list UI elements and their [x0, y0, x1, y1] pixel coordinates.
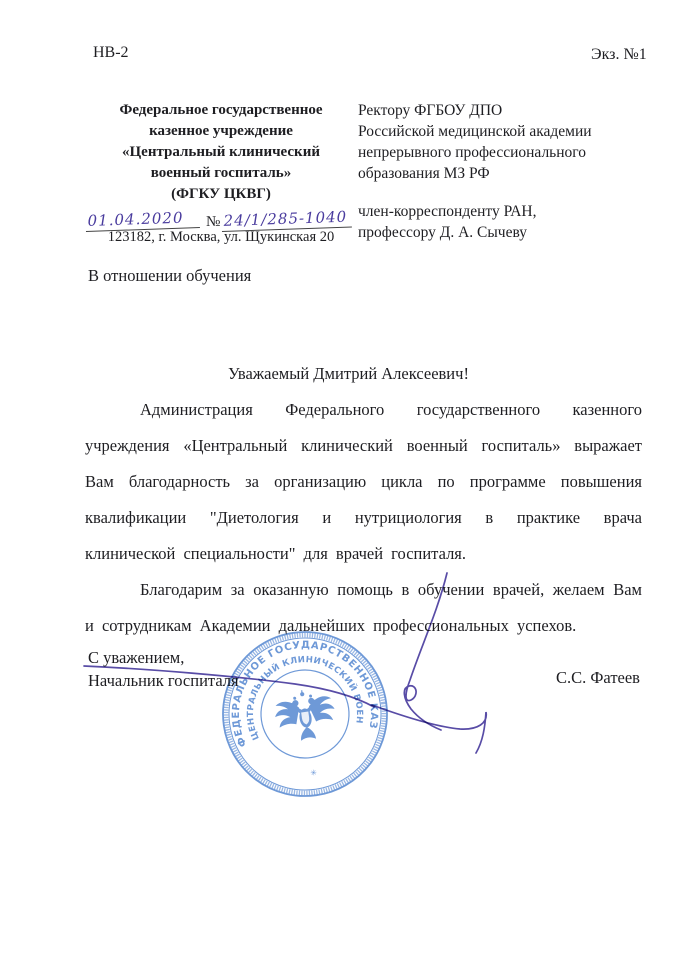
- letterhead-line: военный госпиталь»: [83, 163, 359, 184]
- copy-number-label: Экз. №1: [591, 46, 647, 64]
- document-code: НВ-2: [93, 44, 129, 62]
- recipient-line: образования МЗ РФ: [358, 163, 658, 184]
- closing-phrase: С уважением,: [88, 646, 239, 669]
- double-headed-eagle-icon: [272, 686, 338, 744]
- recipient-block: Ректору ФГБОУ ДПО Российской медицинской…: [358, 100, 658, 243]
- stamp-bottom-star: ✳: [310, 768, 318, 778]
- recipient-line: Российской медицинской академии: [358, 121, 658, 142]
- sender-letterhead: Федеральное государственное казенное учр…: [83, 100, 359, 205]
- body-paragraph-2: Благодарим за оказанную помощь в обучени…: [85, 572, 642, 644]
- official-round-stamp: ФЕДЕРАЛЬНОЕ ГОСУДАРСТВЕННОЕ КАЗЕННОЕ УЧР…: [212, 621, 397, 806]
- stamp-outer-ring-text: ФЕДЕРАЛЬНОЕ ГОСУДАРСТВЕННОЕ КАЗЕННОЕ УЧР…: [221, 630, 382, 749]
- stamp-inner-ring-text: ЦЕНТРАЛЬНЫЙ КЛИНИЧЕСКИЙ ВОЕННЫЙ ГОСПИТАЛ…: [238, 647, 366, 741]
- recipient-title-line: член-корреспонденту РАН,: [358, 201, 658, 222]
- letterhead-line: казенное учреждение: [83, 121, 359, 142]
- stamp-outer-circle: [212, 621, 397, 806]
- scanned-letter-page: НВ-2 Экз. №1 Федеральное государственное…: [0, 0, 700, 975]
- signer-name: С.С. Фатеев: [556, 668, 640, 688]
- stamp-microtext-band: [216, 625, 394, 803]
- signature-flourish-stroke: [372, 705, 486, 753]
- letterhead-line: Федеральное государственное: [83, 100, 359, 121]
- sender-address: 123182, г. Москва, ул. Щукинская 20: [83, 229, 359, 246]
- salutation: Уважаемый Дмитрий Алексеевич!: [85, 356, 612, 392]
- subject-line: В отношении обучения: [88, 266, 251, 286]
- body-paragraph-1: Администрация Федерального государственн…: [85, 392, 642, 572]
- closing-block: С уважением, Начальник госпиталя: [88, 646, 239, 692]
- stamp-inner-circle: [255, 664, 354, 763]
- letter-body: Уважаемый Дмитрий Алексеевич! Администра…: [85, 356, 642, 644]
- date-and-number-line: 01.04.2020 № 24/1/285-1040: [86, 202, 358, 232]
- recipient-name-line: профессору Д. А. Сычеву: [358, 222, 658, 243]
- recipient-line: Ректору ФГБОУ ДПО: [358, 100, 658, 121]
- letterhead-line: «Центральный клинический: [83, 142, 359, 163]
- stamp-second-circle: [219, 628, 391, 800]
- recipient-line: непрерывного профессионального: [358, 142, 658, 163]
- signer-title: Начальник госпиталя: [88, 669, 239, 692]
